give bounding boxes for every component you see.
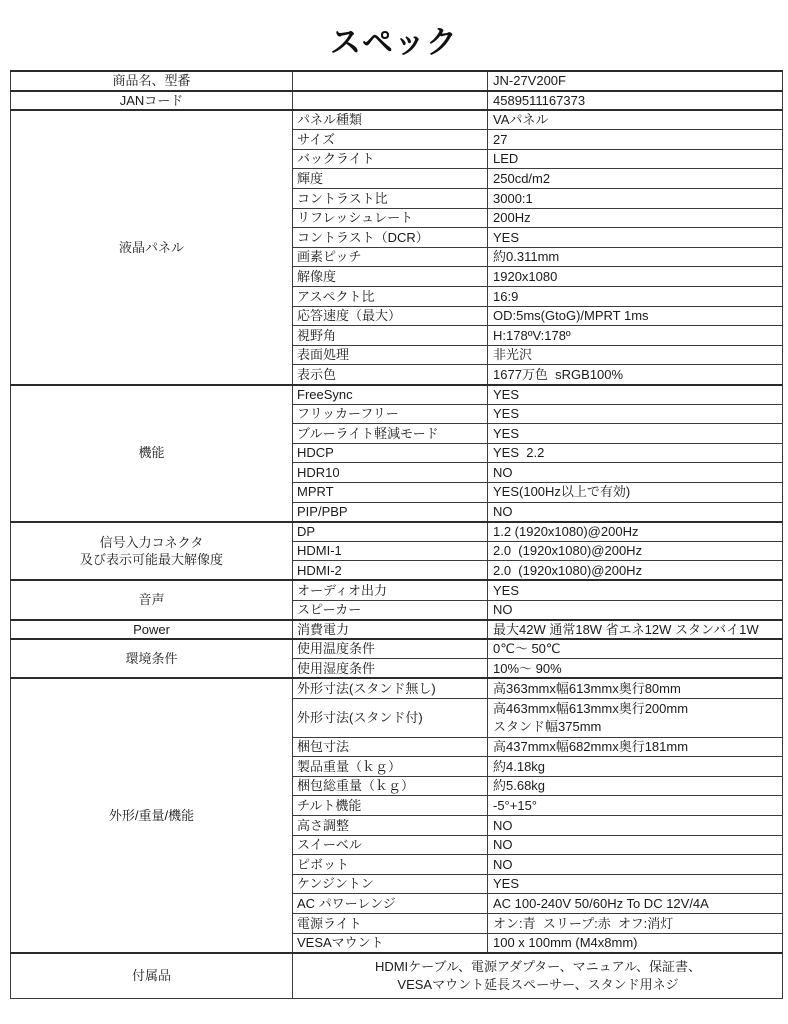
section-label: 液晶パネル bbox=[11, 110, 293, 384]
spec-value-cell: 4589511167373 bbox=[488, 91, 783, 111]
spec-name-cell: HDMI-2 bbox=[293, 561, 488, 581]
spec-name-cell: フリッカーフリー bbox=[293, 404, 488, 424]
spec-name-cell: MPRT bbox=[293, 482, 488, 502]
spec-value-cell: 非光沢 bbox=[488, 345, 783, 365]
spec-value-cell: HDMIケーブル、電源アダプター、マニュアル、保証書、 VESAマウント延長スペ… bbox=[293, 953, 783, 999]
spec-name-cell: 解像度 bbox=[293, 267, 488, 287]
spec-value-cell: 1920x1080 bbox=[488, 267, 783, 287]
spec-sheet-page: スペック 商品名、型番JN-27V200FJANコード4589511167373… bbox=[0, 0, 788, 1024]
spec-name-cell: 外形寸法(スタンド付) bbox=[293, 698, 488, 737]
spec-name-cell: 消費電力 bbox=[293, 620, 488, 640]
spec-value-cell: 約0.311mm bbox=[488, 247, 783, 267]
spec-value-cell: 27 bbox=[488, 130, 783, 150]
spec-name-cell: 画素ピッチ bbox=[293, 247, 488, 267]
spec-value-cell: 10%～ 90% bbox=[488, 659, 783, 679]
spec-name-cell: リフレッシュレート bbox=[293, 208, 488, 228]
spec-value-cell: H:178ºV:178º bbox=[488, 326, 783, 346]
spec-value-cell: NO bbox=[488, 835, 783, 855]
spec-name-cell: ブルーライト軽減モード bbox=[293, 424, 488, 444]
spec-name-cell: HDR10 bbox=[293, 463, 488, 483]
section-label: 環境条件 bbox=[11, 639, 293, 678]
section-label: 商品名、型番 bbox=[11, 71, 293, 91]
spec-value-cell: 高437mmx幅682mmx奥行181mm bbox=[488, 737, 783, 757]
spec-name-cell: VESAマウント bbox=[293, 933, 488, 953]
spec-name-cell: 製品重量（ｋｇ） bbox=[293, 757, 488, 777]
spec-name-cell: 使用湿度条件 bbox=[293, 659, 488, 679]
spec-value-cell: YES bbox=[488, 580, 783, 600]
spec-value-cell: NO bbox=[488, 855, 783, 875]
spec-name-cell: ケンジントン bbox=[293, 874, 488, 894]
spec-value-cell: YES 2.2 bbox=[488, 443, 783, 463]
spec-name-cell: 表面処理 bbox=[293, 345, 488, 365]
spec-value-cell: YES bbox=[488, 385, 783, 405]
spec-value-cell: 高463mmx幅613mmx奥行200mm スタンド幅375mm bbox=[488, 698, 783, 737]
spec-value-cell: YES bbox=[488, 874, 783, 894]
spec-value-cell: 0℃～ 50℃ bbox=[488, 639, 783, 659]
spec-value-cell: 2.0 (1920x1080)@200Hz bbox=[488, 541, 783, 561]
spec-value-cell: 200Hz bbox=[488, 208, 783, 228]
spec-name-cell: FreeSync bbox=[293, 385, 488, 405]
spec-name-cell bbox=[293, 71, 488, 91]
spec-name-cell: コントラスト比 bbox=[293, 189, 488, 209]
spec-name-cell: チルト機能 bbox=[293, 796, 488, 816]
section-label: Power bbox=[11, 620, 293, 640]
spec-name-cell: AC パワーレンジ bbox=[293, 894, 488, 914]
spec-name-cell: オーディオ出力 bbox=[293, 580, 488, 600]
spec-value-cell: NO bbox=[488, 463, 783, 483]
spec-value-cell: 2.0 (1920x1080)@200Hz bbox=[488, 561, 783, 581]
spec-value-cell: 16:9 bbox=[488, 287, 783, 307]
spec-value-cell: -5°+15° bbox=[488, 796, 783, 816]
spec-value-cell: 250cd/m2 bbox=[488, 169, 783, 189]
page-title: スペック bbox=[0, 0, 788, 62]
spec-value-cell: 約4.18kg bbox=[488, 757, 783, 777]
spec-value-cell: 最大42W 通常18W 省エネ12W スタンバイ1W bbox=[488, 620, 783, 640]
section-label: 機能 bbox=[11, 385, 293, 522]
spec-name-cell: 応答速度（最大） bbox=[293, 306, 488, 326]
spec-value-cell: YES bbox=[488, 228, 783, 248]
spec-name-cell: 輝度 bbox=[293, 169, 488, 189]
spec-name-cell: 梱包寸法 bbox=[293, 737, 488, 757]
section-label: 外形/重量/機能 bbox=[11, 678, 293, 952]
spec-value-cell: YES(100Hz以上で有効) bbox=[488, 482, 783, 502]
spec-name-cell: 視野角 bbox=[293, 326, 488, 346]
spec-name-cell: 外形寸法(スタンド無し) bbox=[293, 678, 488, 698]
spec-name-cell: 使用温度条件 bbox=[293, 639, 488, 659]
spec-name-cell: アスペクト比 bbox=[293, 287, 488, 307]
spec-name-cell: 表示色 bbox=[293, 365, 488, 385]
spec-value-cell: 約5.68kg bbox=[488, 776, 783, 796]
spec-name-cell: サイズ bbox=[293, 130, 488, 150]
spec-name-cell: スピーカー bbox=[293, 600, 488, 620]
spec-name-cell: DP bbox=[293, 522, 488, 542]
spec-name-cell: 梱包総重量（ｋｇ） bbox=[293, 776, 488, 796]
spec-value-cell: NO bbox=[488, 816, 783, 836]
spec-name-cell: パネル種類 bbox=[293, 110, 488, 130]
spec-value-cell: 1677万色 sRGB100% bbox=[488, 365, 783, 385]
spec-name-cell: HDCP bbox=[293, 443, 488, 463]
section-label: 音声 bbox=[11, 580, 293, 619]
section-label: 付属品 bbox=[11, 953, 293, 999]
spec-value-cell: VAパネル bbox=[488, 110, 783, 130]
spec-value-cell: NO bbox=[488, 502, 783, 522]
spec-value-cell: 1.2 (1920x1080)@200Hz bbox=[488, 522, 783, 542]
spec-value-cell: YES bbox=[488, 404, 783, 424]
spec-value-cell: 100 x 100mm (M4x8mm) bbox=[488, 933, 783, 953]
spec-table-body: 商品名、型番JN-27V200FJANコード4589511167373液晶パネル… bbox=[11, 71, 783, 999]
spec-name-cell: 電源ライト bbox=[293, 914, 488, 934]
spec-table: 商品名、型番JN-27V200FJANコード4589511167373液晶パネル… bbox=[10, 70, 783, 999]
spec-name-cell: コントラスト（DCR） bbox=[293, 228, 488, 248]
spec-value-cell: AC 100-240V 50/60Hz To DC 12V/4A bbox=[488, 894, 783, 914]
spec-value-cell: NO bbox=[488, 600, 783, 620]
spec-name-cell: ピボット bbox=[293, 855, 488, 875]
section-label: JANコード bbox=[11, 91, 293, 111]
spec-value-cell: LED bbox=[488, 149, 783, 169]
section-label: 信号入力コネクタ 及び表示可能最大解像度 bbox=[11, 522, 293, 581]
spec-name-cell: 高さ調整 bbox=[293, 816, 488, 836]
spec-name-cell bbox=[293, 91, 488, 111]
spec-name-cell: スイーベル bbox=[293, 835, 488, 855]
spec-value-cell: YES bbox=[488, 424, 783, 444]
spec-value-cell: 高363mmx幅613mmx奥行80mm bbox=[488, 678, 783, 698]
spec-name-cell: HDMI-1 bbox=[293, 541, 488, 561]
spec-value-cell: JN-27V200F bbox=[488, 71, 783, 91]
spec-name-cell: バックライト bbox=[293, 149, 488, 169]
spec-value-cell: オン:青 スリープ:赤 オフ:消灯 bbox=[488, 914, 783, 934]
spec-value-cell: 3000:1 bbox=[488, 189, 783, 209]
spec-value-cell: OD:5ms(GtoG)/MPRT 1ms bbox=[488, 306, 783, 326]
spec-name-cell: PIP/PBP bbox=[293, 502, 488, 522]
